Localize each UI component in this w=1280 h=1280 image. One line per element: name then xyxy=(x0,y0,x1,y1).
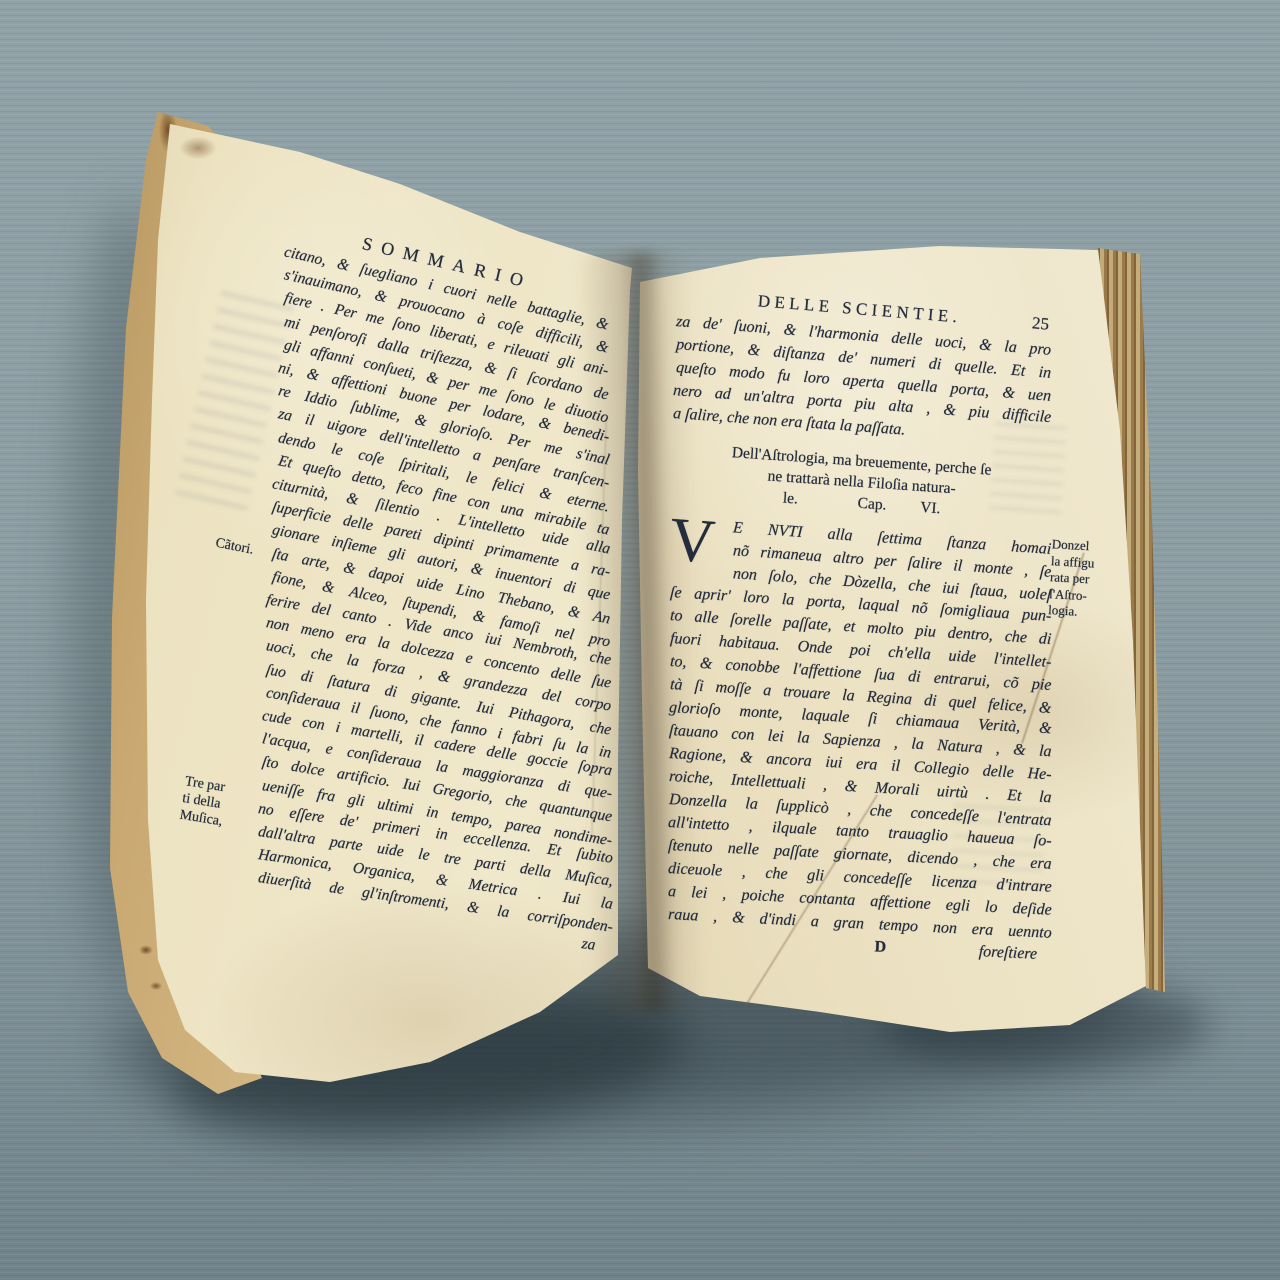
page-number: 25 xyxy=(1031,309,1050,338)
paragraph-2-lines: ſe aprir' loro la porta, laqual nõ ſomig… xyxy=(668,581,1052,926)
margin-note-tre-parti-della-musica: Tre parti dellaMuſica, xyxy=(178,773,251,834)
margin-note-donzella: Donzella affigurata perl'Aſtro-logia. xyxy=(1048,536,1119,622)
drop-cap-indented-lines: E NVTI alla ſettima ſtanza homainõ riman… xyxy=(668,512,1052,581)
right-page-paragraph-2: V E NVTI alla ſettima ſtanza homainõ rim… xyxy=(668,512,1052,926)
signature-mark: D xyxy=(874,935,887,959)
catchword-right: foreſtiere xyxy=(978,940,1037,966)
left-page-body: citano, & ſuegliano i cuori nelle battag… xyxy=(258,240,616,890)
chapter-heading-end: le. xyxy=(782,488,798,510)
photo-of-open-book: SOMMARIO citano, & ſuegliano i cuori nel… xyxy=(0,0,1280,1280)
right-page-text: DELLE SCIENTIE. 25 za de' ſuoni, & l'har… xyxy=(668,280,1052,926)
left-page-text: SOMMARIO citano, & ſuegliano i cuori nel… xyxy=(258,210,616,913)
